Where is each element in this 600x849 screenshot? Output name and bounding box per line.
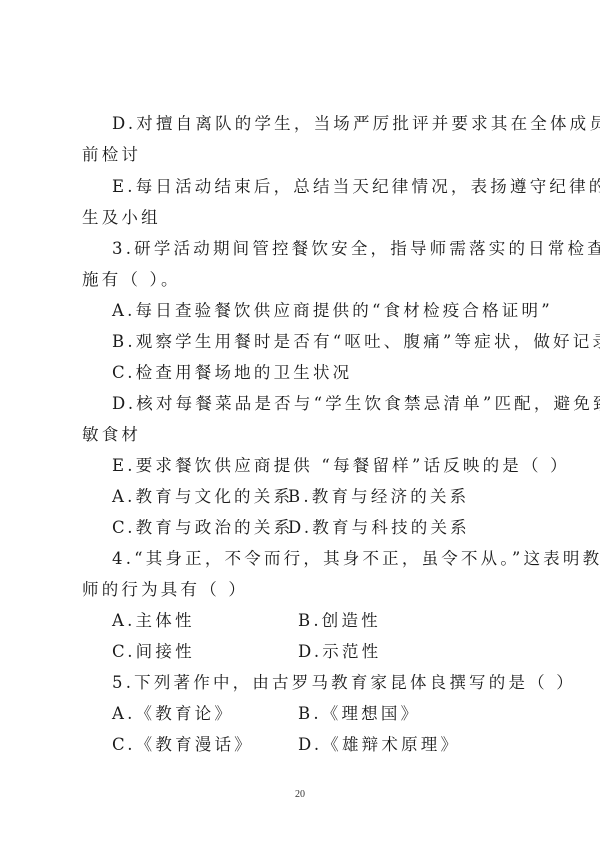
q2-option-e-line2: 生及小组 bbox=[82, 208, 527, 228]
q4-stem-line2: 师的行为具有（ ） bbox=[82, 580, 527, 600]
q5-stem: 5.下列著作中，由古罗马教育家昆体良撰写的是（ ） bbox=[112, 673, 557, 693]
q3-option-b: B.观察学生用餐时是否有“呕吐、腹痛”等症状，做好记录 bbox=[112, 332, 557, 352]
q2-option-d-line2: 前检讨 bbox=[82, 145, 527, 165]
q3-stem-line1: 3.研学活动期间管控餐饮安全，指导师需落实的日常检查措 bbox=[112, 239, 557, 259]
page-number: 20 bbox=[0, 789, 600, 800]
q4-option-d: D.示范性 bbox=[298, 642, 600, 662]
q3-option-e: E.要求餐饮供应商提供 “每餐留样”话反映的是（ ） bbox=[112, 456, 557, 476]
q4-option-b: B.创造性 bbox=[298, 611, 600, 631]
q3-stem-line2: 施有（ ）。 bbox=[82, 270, 527, 290]
q3-option-a: A.每日查验餐饮供应商提供的“食材检疫合格证明” bbox=[112, 301, 557, 321]
document-page: D.对擅自离队的学生，当场严厉批评并要求其在全体成员面 前检讨 E.每日活动结束… bbox=[0, 0, 600, 849]
q3-option-d-line1: D.核对每餐菜品是否与“学生饮食禁忌清单”匹配，避免致 bbox=[112, 394, 557, 414]
q3-option-d-line2: 敏食材 bbox=[82, 425, 527, 445]
relation-option-b: B.教育与经济的关系 bbox=[288, 487, 600, 507]
q2-option-d-line1: D.对擅自离队的学生，当场严厉批评并要求其在全体成员面 bbox=[112, 114, 557, 134]
q5-option-b: B.《理想国》 bbox=[298, 704, 600, 724]
q2-option-e-line1: E.每日活动结束后，总结当天纪律情况，表扬遵守纪律的学 bbox=[112, 177, 557, 197]
q5-option-d: D.《雄辩术原理》 bbox=[298, 735, 600, 755]
relation-option-d: D.教育与科技的关系 bbox=[288, 518, 600, 538]
q4-stem-line1: 4.“其身正，不令而行，其身不正，虽令不从。”这表明教 bbox=[112, 549, 557, 569]
q3-option-c: C.检查用餐场地的卫生状况 bbox=[112, 363, 557, 383]
